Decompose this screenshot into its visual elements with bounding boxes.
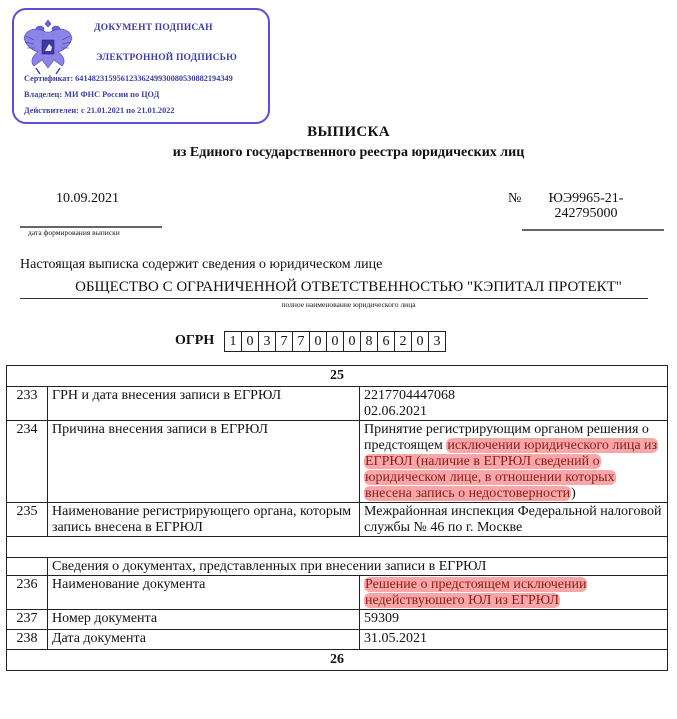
ogrn-digit: 8: [360, 332, 377, 351]
entity-name-caption: полное наименование юридического лица: [0, 300, 677, 309]
table-row: 235 Наименование регистрирующего органа,…: [7, 503, 668, 537]
ogrn-digit: 2: [394, 332, 411, 351]
table-row: 236 Наименование документа Решение о пре…: [7, 576, 668, 610]
ogrn-digit: 0: [411, 332, 428, 351]
row-value: Решение о предстоящем исключении недейст…: [360, 576, 668, 610]
row-value: 59309: [360, 610, 668, 630]
intro-text: Настоящая выписка содержит сведения о юр…: [20, 257, 382, 273]
row-number: 236: [7, 576, 48, 610]
reason-tail: ): [571, 486, 576, 501]
ogrn-digit: 3: [428, 332, 445, 351]
row-number: 233: [7, 387, 48, 421]
row-number: 234: [7, 421, 48, 503]
row-value: Межрайонная инспекция Федеральной налого…: [360, 503, 668, 537]
entity-full-name: ОБЩЕСТВО С ОГРАНИЧЕННОЙ ОТВЕТСТВЕННОСТЬЮ…: [0, 279, 677, 296]
row-label: Причина внесения записи в ЕГРЮЛ: [48, 421, 360, 503]
egrul-records-table: 25 233 ГРН и дата внесения записи в ЕГРЮ…: [6, 365, 668, 671]
ogrn-digit: 7: [292, 332, 309, 351]
highlighted-document-name: Решение о предстоящем исключении недейст…: [364, 577, 587, 608]
row-label: Номер документа: [48, 610, 360, 630]
number-underline: [522, 229, 664, 231]
ogrn-digit-boxes: 1037700086203: [224, 331, 446, 352]
row-value: Принятие регистрирующим органом решения …: [360, 421, 668, 503]
ogrn-digit: 3: [258, 332, 275, 351]
row-label: Дата документа: [48, 630, 360, 650]
table-row: 238 Дата документа 31.05.2021: [7, 630, 668, 650]
grn-value: 2217704447068: [364, 388, 663, 404]
ogrn-digit: 1: [225, 332, 241, 351]
row-number: 237: [7, 610, 48, 630]
stamp-title-line1: ДОКУМЕНТ ПОДПИСАН: [94, 23, 213, 33]
extract-number-line2: 242795000: [540, 206, 632, 221]
formation-date: 10.09.2021: [56, 191, 119, 207]
extract-number-line1: ЮЭ9965-21-: [540, 191, 632, 206]
table-row: 233 ГРН и дата внесения записи в ЕГРЮЛ 2…: [7, 387, 668, 421]
coat-of-arms-icon: [20, 16, 76, 78]
number-sign: №: [508, 191, 521, 207]
table-row: 234 Причина внесения записи в ЕГРЮЛ Прин…: [7, 421, 668, 503]
stamp-certificate: Сертификат: 6414823159561233624993008053…: [24, 74, 233, 83]
row-label: Наименование документа: [48, 576, 360, 610]
row-number: 238: [7, 630, 48, 650]
ogrn-digit: 0: [241, 332, 258, 351]
ogrn-digit: 0: [309, 332, 326, 351]
section-row: 25: [7, 366, 668, 387]
stamp-validity: Действителен: с 21.01.2021 по 21.01.2022: [24, 106, 175, 115]
formation-date-caption: дата формирования выписки: [28, 228, 120, 237]
section-number: 26: [7, 650, 668, 671]
extract-number: ЮЭ9965-21- 242795000: [540, 191, 632, 221]
empty-row: [7, 537, 668, 558]
row-label: Наименование регистрирующего органа, кот…: [48, 503, 360, 537]
ogrn-label: ОГРН: [175, 333, 214, 349]
table-row: 237 Номер документа 59309: [7, 610, 668, 630]
row-value: 31.05.2021: [360, 630, 668, 650]
ogrn-digit: 6: [377, 332, 394, 351]
document-title: ВЫПИСКА: [0, 124, 677, 141]
row-number: 235: [7, 503, 48, 537]
row-value: 2217704447068 02.06.2021: [360, 387, 668, 421]
electronic-signature-stamp: ДОКУМЕНТ ПОДПИСАН ЭЛЕКТРОННОЙ ПОДПИСЬЮ С…: [12, 8, 270, 124]
stamp-title-line2: ЭЛЕКТРОННОЙ ПОДПИСЬЮ: [96, 53, 237, 63]
section-row: 26: [7, 650, 668, 671]
record-date-value: 02.06.2021: [364, 404, 663, 420]
document-subtitle: из Единого государственного реестра юрид…: [0, 145, 677, 161]
entity-name-underline: [20, 298, 648, 299]
ogrn-digit: 7: [275, 332, 292, 351]
ogrn-digit: 0: [343, 332, 360, 351]
ogrn-digit: 0: [326, 332, 343, 351]
row-label: ГРН и дата внесения записи в ЕГРЮЛ: [48, 387, 360, 421]
section-number: 25: [7, 366, 668, 387]
stamp-owner: Владелец: МИ ФНС России по ЦОД: [24, 90, 159, 99]
docs-header: Сведения о документах, представленных пр…: [48, 558, 668, 576]
docs-header-row: Сведения о документах, представленных пр…: [7, 558, 668, 576]
